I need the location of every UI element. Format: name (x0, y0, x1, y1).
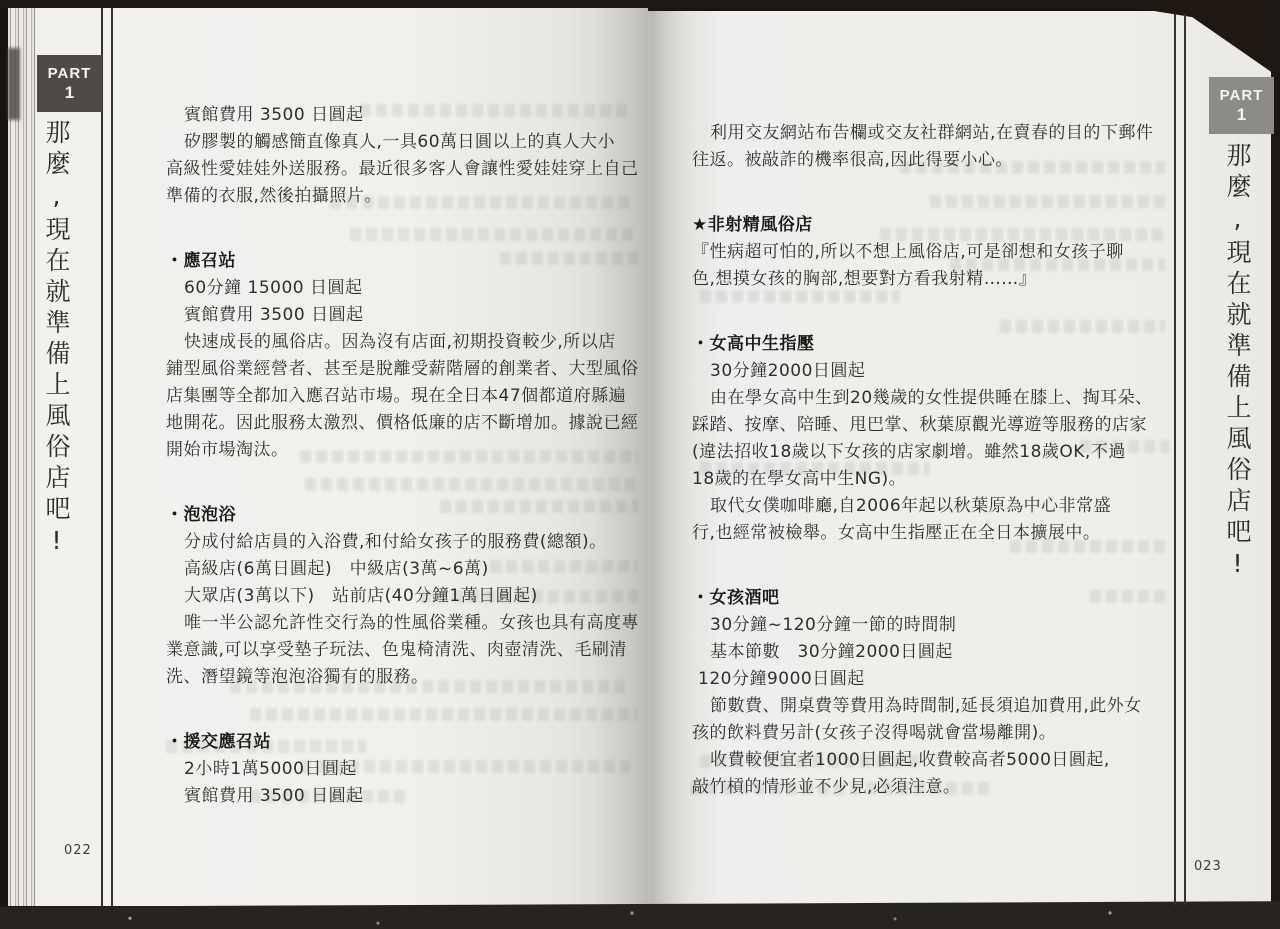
scanner-bed-top (0, 0, 1280, 8)
section-heading: ★非射精風俗店 (692, 212, 1172, 239)
text-line: 鋪型風俗業經營者、甚至是脫離受薪階層的創業者、大型風俗 (166, 356, 646, 383)
text-line: 大眾店(3萬以下) 站前店(40分鐘1萬日圓起) (166, 583, 646, 610)
text-line: 取代女僕咖啡廳,自2006年起以秋葉原為中心非常盛 (692, 493, 1172, 520)
text-line: 孩的飲料費另計(女孩子沒得喝就會當場離開)。 (692, 720, 1172, 747)
section-heading: ・女高中生指壓 (692, 331, 1172, 358)
text-line: 60分鐘 15000 日圓起 (166, 275, 646, 302)
chapter-title-vertical-left: 那麼,現在就準備上風俗店吧! (41, 119, 71, 561)
section-heading: ・援交應召站 (166, 729, 646, 756)
section-heading: ・泡泡浴 (166, 502, 646, 529)
text-line: 踩踏、按摩、陪睡、甩巴掌、秋葉原觀光導遊等服務的店家 (692, 412, 1172, 439)
text-line: 往返。被敲詐的機率很高,因此得要小心。 (692, 147, 1172, 174)
text-line: 快速成長的風俗店。因為沒有店面,初期投資較少,所以店 (166, 329, 646, 356)
part-box-right: PART 1 (1209, 77, 1274, 134)
text-line: 開始市場淘汰。 (166, 437, 646, 464)
page-stack-edge (8, 8, 36, 906)
text-line: 色,想摸女孩的胸部,想要對方看我射精……』 (692, 266, 1172, 293)
book-scan: PART 1 PART 1 那麼,現在就準備上風俗店吧! 那麼,現在就準備上風俗… (0, 0, 1280, 929)
left-page-vertical-rule (101, 8, 113, 906)
text-line: 基本節數 30分鐘2000日圓起 (692, 639, 1172, 666)
text-line: 洗、潛望鏡等泡泡浴獨有的服務。 (166, 664, 646, 691)
page-stack-shadow (8, 48, 20, 120)
chapter-title-vertical-right: 那麼,現在就準備上風俗店吧! (1222, 142, 1252, 584)
left-page-text-column: 賓館費用 3500 日圓起矽膠製的觸感簡直像真人,一具60萬日圓以上的真人大小高… (166, 102, 646, 810)
text-line: (違法招收18歲以下女孩的店家劇增。雖然18歲OK,不過 (692, 439, 1172, 466)
text-line: 矽膠製的觸感簡直像真人,一具60萬日圓以上的真人大小 (166, 129, 646, 156)
text-line: 120分鐘9000日圓起 (692, 666, 1172, 693)
text-line: 高級店(6萬日圓起) 中級店(3萬~6萬) (166, 556, 646, 583)
right-page-vertical-rule (1174, 14, 1186, 905)
section-heading: ・應召站 (166, 248, 646, 275)
text-line: 30分鐘~120分鐘一節的時間制 (692, 612, 1172, 639)
text-line: 由在學女高中生到20幾歲的女性提供睡在膝上、掏耳朵、 (692, 385, 1172, 412)
text-line: 節數費、開桌費等費用為時間制,延長須追加費用,此外女 (692, 693, 1172, 720)
text-line: 賓館費用 3500 日圓起 (166, 302, 646, 329)
text-line: 準備的衣服,然後拍攝照片。 (166, 183, 646, 210)
page-number-right: 023 (1194, 859, 1222, 874)
text-line: 敲竹槓的情形並不少見,必須注意。 (692, 774, 1172, 801)
page-number-left: 022 (64, 843, 92, 858)
text-line: 賓館費用 3500 日圓起 (166, 102, 646, 129)
text-line: 分成付給店員的入浴費,和付給女孩子的服務費(總額)。 (166, 529, 646, 556)
section-heading: ・女孩酒吧 (692, 585, 1172, 612)
right-page-text-column: 利用交友網站布告欄或交友社群網站,在賣春的目的下郵件往返。被敲詐的機率很高,因此… (692, 120, 1172, 801)
part-label: PART (48, 65, 92, 83)
scanner-bed-right (1271, 0, 1280, 929)
text-line: 18歲的在學女高中生NG)。 (692, 466, 1172, 493)
text-line: 收費較便宜者1000日圓起,收費較高者5000日圓起, (692, 747, 1172, 774)
part-number: 1 (65, 83, 74, 102)
text-line: 地開花。因此服務太激烈、價格低廉的店不斷增加。據說已經 (166, 410, 646, 437)
text-line: 唯一半公認允許性交行為的性風俗業種。女孩也具有高度專 (166, 610, 646, 637)
text-line: 業意識,可以享受墊子玩法、色鬼椅清洗、肉壺清洗、毛刷清 (166, 637, 646, 664)
text-line: 店集團等全都加入應召站市場。現在全日本47個都道府縣遍 (166, 383, 646, 410)
text-line: 高級性愛娃娃外送服務。最近很多客人會讓性愛娃娃穿上自己 (166, 156, 646, 183)
scanner-bed-bottom (0, 901, 1280, 929)
text-line: 30分鐘2000日圓起 (692, 358, 1172, 385)
text-line: 行,也經常被檢舉。女高中生指壓正在全日本擴展中。 (692, 520, 1172, 547)
text-line: 2小時1萬5000日圓起 (166, 756, 646, 783)
part-number: 1 (1237, 105, 1246, 124)
part-box-left: PART 1 (37, 55, 102, 112)
part-label: PART (1220, 87, 1264, 105)
text-line: 『性病超可怕的,所以不想上風俗店,可是卻想和女孩子聊 (692, 239, 1172, 266)
text-line: 利用交友網站布告欄或交友社群網站,在賣春的目的下郵件 (692, 120, 1172, 147)
text-line: 賓館費用 3500 日圓起 (166, 783, 646, 810)
